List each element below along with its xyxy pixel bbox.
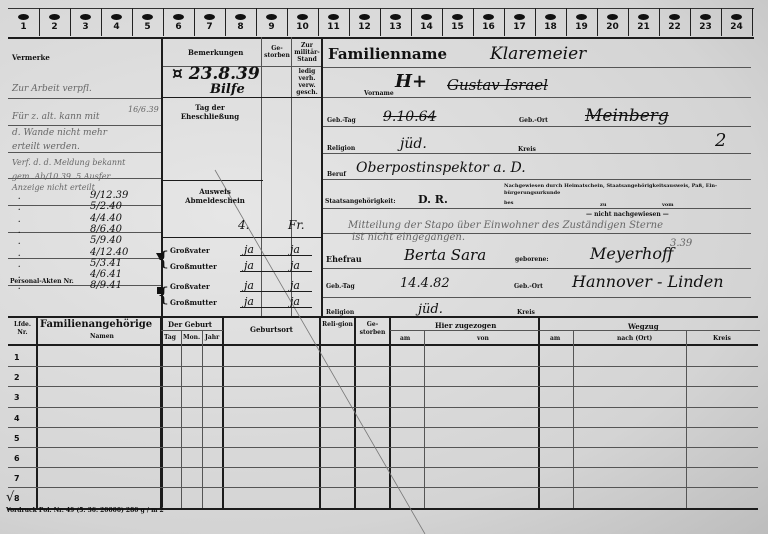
geborene-label: geborene: — [515, 256, 549, 263]
col-geburtsort: Geburtsort — [250, 325, 293, 334]
note-line: erteilt werden. — [12, 142, 80, 152]
religion-label: Religion — [327, 145, 355, 152]
staat-value: D. R. — [418, 193, 448, 206]
ehefrau-label: Ehefrau — [326, 254, 362, 264]
note-line: Für z. alt. kann mit — [12, 112, 100, 122]
date-entry: 5/2.40 — [90, 201, 122, 212]
note-line: gem. Ab/10 39. 5 Ausfer. — [12, 172, 112, 181]
note-line: Anzeige nicht erteilt — [12, 183, 95, 192]
grandparent-label: Großvater — [170, 282, 210, 291]
gestorben-label: Ge-storben — [263, 45, 291, 59]
beruf-value: Oberpostinspektor a. D. — [356, 160, 526, 176]
kreis-mark: 2 — [715, 130, 726, 151]
personal-akten-label: Personal-Akten Nr. — [10, 278, 74, 285]
side-date: 16/6.39 — [128, 105, 159, 114]
row-dot: . — [18, 226, 20, 235]
row-number: 7 — [14, 474, 20, 483]
date-entry: 5/3.41 — [90, 258, 122, 269]
row-number: 4 — [14, 414, 20, 423]
col-am-2: am — [550, 335, 560, 342]
row-number: 8 — [14, 494, 20, 503]
row-number: 1 — [14, 353, 20, 362]
col-kreis: Kreis — [713, 335, 731, 342]
note-line: Zur Arbeit verpfl. — [12, 84, 92, 94]
col-wegzug: Wegzug — [628, 322, 659, 331]
vorname-value: Gustav Israel — [447, 76, 548, 94]
spouse-gebtag-label: Geb.-Tag — [326, 283, 355, 290]
col-tag: Tag — [164, 334, 176, 341]
nicht-nachgewiesen: — nicht nachgewiesen — — [586, 211, 669, 218]
annotation-date: 3.39 — [670, 238, 692, 249]
row-number: 6 — [14, 454, 20, 463]
bemerkungen-signature: Bilfe — [210, 82, 245, 97]
date-entry: 8/6.40 — [90, 224, 122, 235]
staat-label: Staatsangehörigkeit: — [325, 198, 396, 205]
militaer-label: Zur militär-Stand — [293, 42, 321, 63]
beruf-label: Beruf — [327, 171, 346, 178]
row-dot: . — [18, 249, 20, 258]
col-mon: Mon. — [183, 334, 200, 341]
nachweis-text: Nachgewiesen durch Heimatschein, Staatsa… — [504, 183, 754, 197]
bemerkungen-label: Bemerkungen — [188, 48, 243, 57]
religion-value: jüd. — [400, 136, 427, 152]
vorname-prefix: H+ — [395, 71, 427, 92]
ledig-label: ledig verh. verw. gesch. — [293, 68, 321, 96]
row-number: 2 — [14, 373, 20, 382]
vermerke-label: Vermerke — [12, 53, 50, 62]
geborene-value: Meyerhoff — [590, 244, 673, 263]
ausweis-value-2: Fr. — [288, 218, 305, 232]
vorname-label: Vorname — [364, 90, 394, 97]
spouse-gebort-label: Geb.-Ort — [514, 283, 543, 290]
grandparent-label: Großvater — [170, 246, 210, 255]
col-am: am — [400, 335, 410, 342]
gebort-value: Meinberg — [585, 106, 669, 126]
col-jahr: Jahr — [205, 334, 219, 341]
brace: { — [157, 282, 170, 306]
bemerkungen-value: ¤ 23.8.39 — [172, 64, 260, 84]
annotation-line-1: Mitteilung der Stapo über Einwohner des … — [348, 220, 663, 231]
familienname-value: Klaremeier — [490, 44, 586, 64]
gebtag-label: Geb.-Tag — [327, 117, 356, 124]
row-number: 5 — [14, 434, 20, 443]
row-dot: . — [18, 260, 20, 269]
col-namen: Namen — [90, 333, 114, 340]
row-dot: . — [18, 237, 20, 246]
registration-card: 123456789101112131415161718192021222324 — [0, 0, 768, 534]
nachweis-zu: zu — [600, 202, 606, 208]
ausweis-label: Ausweis Abmeldeschein — [180, 187, 250, 205]
spouse-religion-value: jüd. — [418, 302, 443, 317]
familienname-label: Familienname — [328, 45, 447, 63]
triangle-marker — [156, 253, 164, 260]
spouse-gebort-value: Hannover - Linden — [572, 272, 724, 291]
row-dot: . — [18, 203, 20, 212]
row-dot: . — [18, 215, 20, 224]
col-hier-zugezogen: Hier zugezogen — [435, 321, 496, 330]
spouse-kreis-label: Kreis — [517, 309, 535, 316]
kreis-label: Kreis — [518, 146, 536, 153]
col-gestorben: Ge-storben — [356, 321, 389, 337]
gebort-label: Geb.-Ort — [519, 117, 548, 124]
date-entry: 4/4.40 — [90, 213, 122, 224]
spouse-religion-label: Religion — [326, 309, 354, 316]
grandparent-label: Großmutter — [170, 298, 217, 307]
ausweis-value-1: 4. — [238, 218, 249, 232]
annotation-line-2: ist nicht eingegangen. — [352, 232, 465, 243]
form-footer: Vordruck Pol. Nr. 49 (5. 36. 20000) 280 … — [6, 507, 164, 514]
note-line: d. Wande nicht mehr — [12, 128, 107, 138]
col-religion: Reli-gion — [321, 321, 354, 329]
row-number: 3 — [14, 393, 20, 402]
col-familienangehoerige: Familienangehörige — [40, 319, 152, 330]
gebtag-value: 9.10.64 — [383, 109, 436, 125]
grandparent-label: Großmutter — [170, 262, 217, 271]
col-nach-ort: nach (Ort) — [617, 335, 652, 342]
date-entry: 5/9.40 — [90, 235, 122, 246]
col-lfd-nr: Lfde. Nr. — [9, 321, 36, 337]
spouse-gebtag-value: 14.4.82 — [400, 276, 450, 291]
eheschliessung-label: Tag der Eheschließung — [170, 103, 250, 121]
date-entry: 8/9.41 — [90, 280, 122, 291]
ehefrau-value: Berta Sara — [404, 246, 486, 264]
date-entry: 4/6.41 — [90, 269, 122, 280]
note-line: Verf. d. d. Meldung bekannt — [12, 158, 125, 167]
date-entry: 4/12.40 — [90, 247, 128, 258]
col-der-geburt: Der Geburt — [168, 320, 212, 329]
square-marker — [157, 287, 163, 294]
row-dot: . — [18, 192, 20, 201]
nachweis-vom: vom — [662, 202, 674, 208]
nachweis-bes: bes — [504, 200, 514, 206]
col-von: von — [477, 335, 489, 342]
date-entry: 9/12.39 — [90, 190, 128, 201]
